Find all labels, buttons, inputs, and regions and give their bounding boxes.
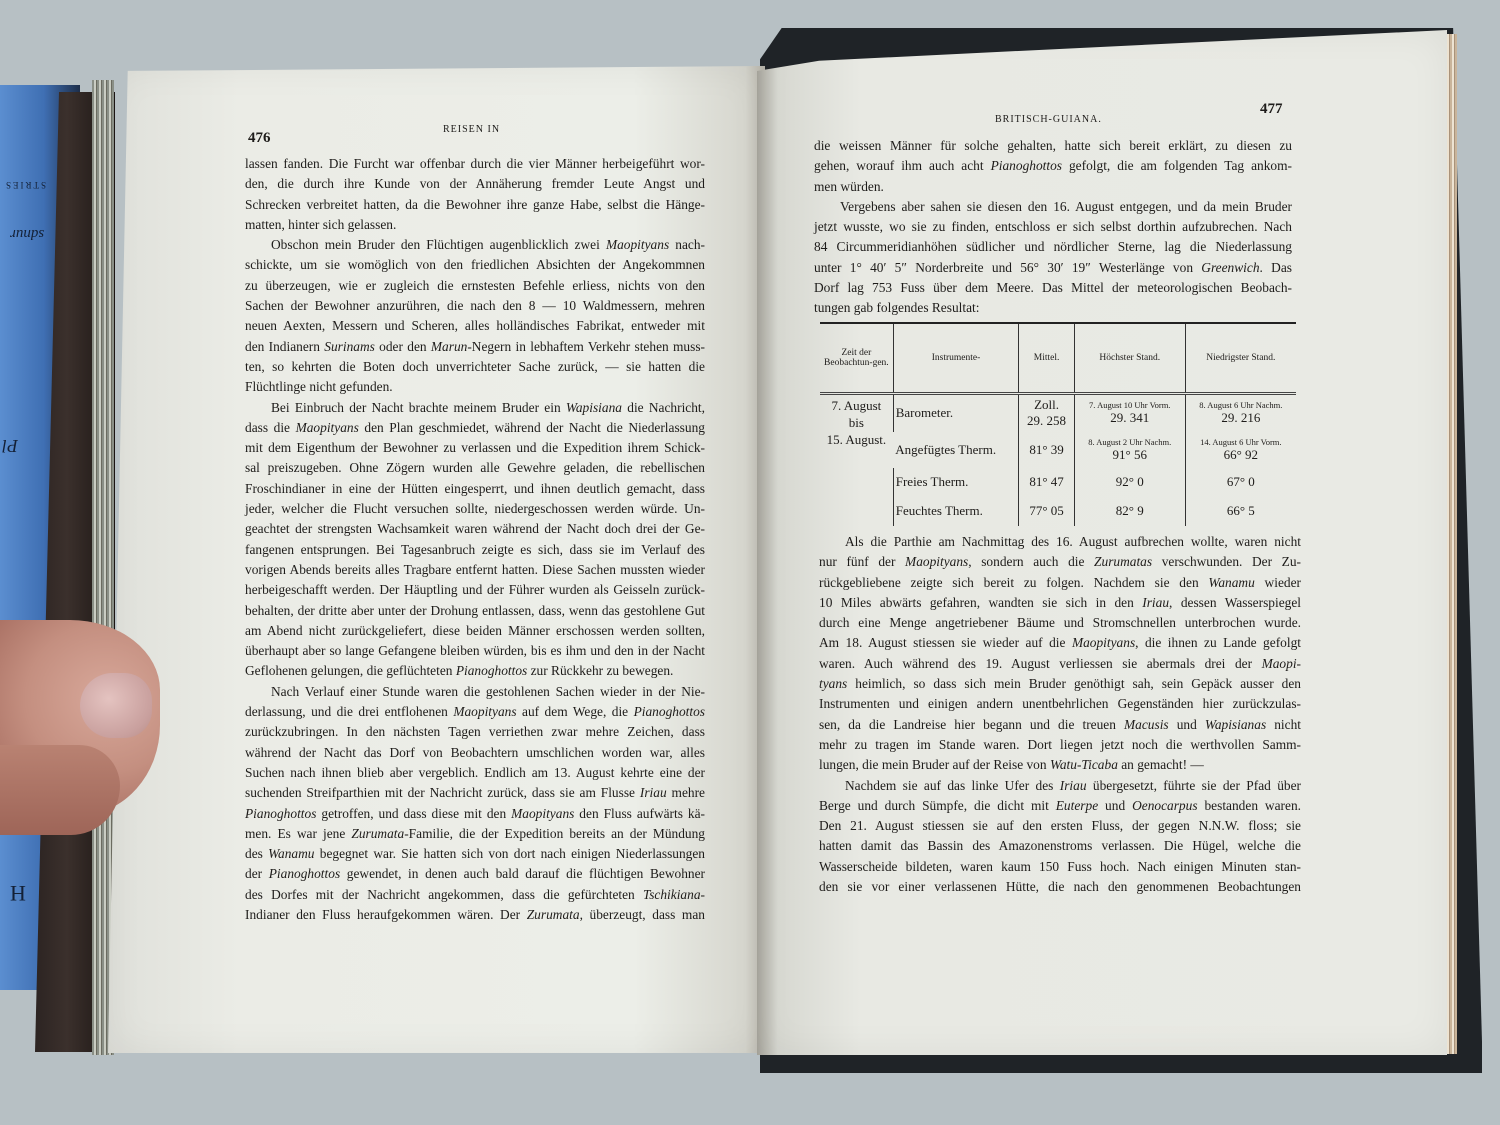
table-header: Niedrigster Stand. bbox=[1185, 323, 1296, 394]
text-line: unter 1° 40′ 5″ Norderbreite und 56° 30′… bbox=[814, 258, 1292, 278]
text-line: jetzt wusste, wo sie zu finden, entschlo… bbox=[814, 217, 1292, 237]
period-cell bbox=[820, 497, 893, 526]
text-line: men würden. bbox=[814, 177, 1292, 197]
niedrigster-cell: 66° 5 bbox=[1185, 497, 1296, 526]
text-line: dass die Maopityans den Plan geschmiedet… bbox=[245, 418, 705, 438]
table-header: Höchster Stand. bbox=[1074, 323, 1185, 394]
text-line: Berge und durch Sümpfe, die dicht mit Eu… bbox=[819, 796, 1301, 816]
hoechster-cell: 8. August 2 Uhr Nachm.91° 56 bbox=[1074, 432, 1185, 468]
niedrigster-cell: 8. August 6 Uhr Nachm.29. 216 bbox=[1185, 394, 1296, 432]
text-line: während der Nacht das Dorf von Beobachte… bbox=[245, 743, 705, 763]
blue-book-text: sdnur bbox=[10, 225, 44, 242]
text-line: Instrumenten und einigen andern unentbeh… bbox=[819, 694, 1301, 714]
thumbnail bbox=[80, 673, 152, 738]
finger bbox=[0, 745, 120, 835]
text-line: lassen fanden. Die Furcht war offenbar d… bbox=[245, 154, 705, 174]
page-number: 476 bbox=[248, 130, 271, 147]
text-line: gehen, worauf ihm auch acht Pianoghottos… bbox=[814, 156, 1292, 176]
text-line: zurückzubringen. In den nächsten Tagen v… bbox=[245, 722, 705, 742]
text-line: mit dem Eigenthum der Bewohner zu verlas… bbox=[245, 438, 705, 458]
text-line: nur fünf der Maopityans, sondern auch di… bbox=[819, 552, 1301, 572]
text-line: am Abend nicht zurückgeliefert, diese be… bbox=[245, 621, 705, 641]
text-line: Als die Parthie am Nachmittag des 16. Au… bbox=[819, 532, 1301, 552]
text-line: sal preiszugeben. Ohne Zögern wurden all… bbox=[245, 458, 705, 478]
niedrigster-cell: 67° 0 bbox=[1185, 468, 1296, 497]
right-page-body-top: die weissen Männer für solche gehalten, … bbox=[814, 136, 1292, 319]
text-line: neuen Aexten, Messern und Scheren, alles… bbox=[245, 316, 705, 336]
text-line: Indianer den Fluss heraufgekommen wären.… bbox=[245, 905, 705, 925]
text-line: den, die durch ihre Kunde von der Annähe… bbox=[245, 174, 705, 194]
text-line: mehr zu tragen im Stande waren. Dort lie… bbox=[819, 735, 1301, 755]
text-line: durch eine Menge angetriebener Bäume und… bbox=[819, 613, 1301, 633]
text-line: Den 21. August stiessen sie auf den erst… bbox=[819, 816, 1301, 836]
niedrigster-value: 66° 5 bbox=[1227, 503, 1255, 518]
text-line: überhaupt aber so lange Gefangene bleibe… bbox=[245, 641, 705, 661]
period-text: 15. August. bbox=[822, 431, 891, 448]
text-line: matten, hinter sich gelassen. bbox=[245, 215, 705, 235]
text-line: des Dorfes mit der Nachricht angekommen,… bbox=[245, 885, 705, 905]
text-line: Schrecken verbreitet hatten, da die Bewo… bbox=[245, 195, 705, 215]
blue-book-text: Pl bbox=[2, 435, 18, 456]
text-line: geachtet der strengsten Wachsamkeit ware… bbox=[245, 519, 705, 539]
book-left-page-edges bbox=[92, 80, 114, 1055]
niedrigster-note: 14. August 6 Uhr Vorm. bbox=[1188, 437, 1294, 447]
left-page: 476 REISEN IN lassen fanden. Die Furcht … bbox=[108, 66, 765, 1053]
text-line: schickte, um sie womöglich von den fried… bbox=[245, 255, 705, 275]
table-row: Feuchtes Therm.77° 0582° 966° 5 bbox=[820, 497, 1296, 526]
blue-book-text: STRIES bbox=[4, 180, 46, 190]
hoechster-value: 91° 56 bbox=[1113, 447, 1147, 462]
text-line: Flüchtlinge nicht gefunden. bbox=[245, 377, 705, 397]
mittel-cell: 81° 47 bbox=[1019, 468, 1075, 497]
text-line: Vergebens aber sahen sie diesen den 16. … bbox=[814, 197, 1292, 217]
mittel-value: 81° 47 bbox=[1029, 474, 1063, 489]
table-header: Zeit der Beobachtun-gen. bbox=[820, 323, 893, 394]
niedrigster-value: 67° 0 bbox=[1227, 474, 1255, 489]
text-line: Pianoghottos getroffen, und dass diese m… bbox=[245, 804, 705, 824]
hoechster-cell: 82° 9 bbox=[1074, 497, 1185, 526]
blue-book-text: H bbox=[6, 880, 26, 906]
text-line: Dorf lag 753 Fuss über dem Meere. Das Mi… bbox=[814, 278, 1292, 298]
niedrigster-note: 8. August 6 Uhr Nachm. bbox=[1188, 400, 1294, 410]
mittel-value: 29. 258 bbox=[1027, 413, 1066, 428]
text-line: lungen, die mein Bruder auf der Reise vo… bbox=[819, 755, 1301, 775]
text-line: Suchen nach ihnen blieb aber vergeblich.… bbox=[245, 763, 705, 783]
text-line: hatten damit das Bassin des Amazonenstro… bbox=[819, 836, 1301, 856]
text-line: derlassung, und die drei entflohenen Mao… bbox=[245, 702, 705, 722]
niedrigster-value: 29. 216 bbox=[1221, 410, 1260, 425]
left-page-body: lassen fanden. Die Furcht war offenbar d… bbox=[245, 154, 705, 925]
period-text: bis bbox=[822, 414, 891, 431]
text-line: Nachdem sie auf das linke Ufer des Iriau… bbox=[819, 776, 1301, 796]
table-header: Mittel. bbox=[1019, 323, 1075, 394]
table-row: 7. Augustbis15. August.Barometer.Zoll.29… bbox=[820, 394, 1296, 432]
text-line: Bei Einbruch der Nacht brachte meinem Br… bbox=[245, 398, 705, 418]
niedrigster-cell: 14. August 6 Uhr Vorm.66° 92 bbox=[1185, 432, 1296, 468]
text-line: tungen gab folgendes Resultat: bbox=[814, 298, 1292, 318]
meteorological-table: Zeit der Beobachtun-gen. Instrumente- Mi… bbox=[820, 322, 1296, 526]
text-line: Nach Verlauf einer Stunde waren die gest… bbox=[245, 682, 705, 702]
text-line: vorigen Abends bereits alles Tragbare en… bbox=[245, 560, 705, 580]
text-line: zu überzeugen, wie er zugleich die ernst… bbox=[245, 276, 705, 296]
mittel-value: 81° 39 bbox=[1029, 442, 1063, 457]
period-text: 7. August bbox=[822, 397, 891, 414]
text-line: die weissen Männer für solche gehalten, … bbox=[814, 136, 1292, 156]
mittel-cell: 81° 39 bbox=[1019, 432, 1075, 468]
text-line: behalten, der dritte aber unter der Droh… bbox=[245, 601, 705, 621]
text-line: den sie vor einer verlassenen Hütte, die… bbox=[819, 877, 1301, 897]
hoechster-value: 92° 0 bbox=[1116, 474, 1144, 489]
period-cell bbox=[820, 468, 893, 497]
text-line: rückgebliebene zeigte sich bereit zu fol… bbox=[819, 573, 1301, 593]
text-line: Sachen der Bewohner anzurühren, die nach… bbox=[245, 296, 705, 316]
hoechster-note: 8. August 2 Uhr Nachm. bbox=[1077, 437, 1183, 447]
mittel-cell: Zoll.29. 258 bbox=[1019, 394, 1075, 432]
text-line: tyans heimlich, so dass sich mein Bruder… bbox=[819, 674, 1301, 694]
running-head: BRITISCH-GUIANA. bbox=[995, 114, 1102, 125]
text-line: Geflohenen gelungen, die geflüchteten Pi… bbox=[245, 661, 705, 681]
table-header: Instrumente- bbox=[893, 323, 1019, 394]
niedrigster-value: 66° 92 bbox=[1224, 447, 1258, 462]
hoechster-value: 29. 341 bbox=[1110, 410, 1149, 425]
hoechster-value: 82° 9 bbox=[1116, 503, 1144, 518]
text-line: herbeigeschafft werden. Der Häuptling un… bbox=[245, 580, 705, 600]
hoechster-note: 7. August 10 Uhr Vorm. bbox=[1077, 400, 1183, 410]
text-line: men. Es war jene Zurumata-Familie, die d… bbox=[245, 824, 705, 844]
period-cell: 7. Augustbis15. August. bbox=[820, 394, 893, 468]
running-head: REISEN IN bbox=[443, 124, 500, 135]
mittel-cell: 77° 05 bbox=[1019, 497, 1075, 526]
table-row: Freies Therm.81° 4792° 067° 0 bbox=[820, 468, 1296, 497]
instrument-cell: Angefügtes Therm. bbox=[893, 432, 1019, 468]
text-line: jeder, welcher die Flucht versuchen soll… bbox=[245, 499, 705, 519]
text-line: suchenden Streifparthien mit der Nachric… bbox=[245, 783, 705, 803]
text-line: Am 18. August stiessen sie wieder auf di… bbox=[819, 633, 1301, 653]
text-line: Obschon mein Bruder den Flüchtigen augen… bbox=[245, 235, 705, 255]
hoechster-cell: 7. August 10 Uhr Vorm.29. 341 bbox=[1074, 394, 1185, 432]
text-line: sen, da die Landreise hier begann und di… bbox=[819, 715, 1301, 735]
text-line: der Pianoghottos gewendet, in denen auch… bbox=[245, 864, 705, 884]
text-line: Wasserscheide bildeten, waren kaum 150 F… bbox=[819, 857, 1301, 877]
hoechster-cell: 92° 0 bbox=[1074, 468, 1185, 497]
page-number: 477 bbox=[1260, 101, 1283, 118]
right-page-body-bottom: Als die Parthie am Nachmittag des 16. Au… bbox=[819, 532, 1301, 897]
text-line: 84 Circummeridianhöhen südlicher und nör… bbox=[814, 237, 1292, 257]
right-page: BRITISCH-GUIANA. 477 die weissen Männer … bbox=[757, 30, 1447, 1055]
mittel-value: 77° 05 bbox=[1029, 503, 1063, 518]
instrument-cell: Feuchtes Therm. bbox=[893, 497, 1019, 526]
instrument-cell: Freies Therm. bbox=[893, 468, 1019, 497]
text-line: 10 Miles abwärts gefahren, wandten sie s… bbox=[819, 593, 1301, 613]
unit-label: Zoll. bbox=[1021, 397, 1072, 413]
text-line: fangenen entsprungen. Bei Tagesanbruch z… bbox=[245, 540, 705, 560]
text-line: Froschindianer in eine der Hütten einges… bbox=[245, 479, 705, 499]
text-line: des Wanamu begegnet war. Sie hatten sich… bbox=[245, 844, 705, 864]
text-line: ten, so kehrten die Boten doch unverrich… bbox=[245, 357, 705, 377]
text-line: den Indianern Surinams oder den Marun-Ne… bbox=[245, 337, 705, 357]
text-line: waren. Auch während des 19. August verli… bbox=[819, 654, 1301, 674]
instrument-cell: Barometer. bbox=[893, 394, 1019, 432]
